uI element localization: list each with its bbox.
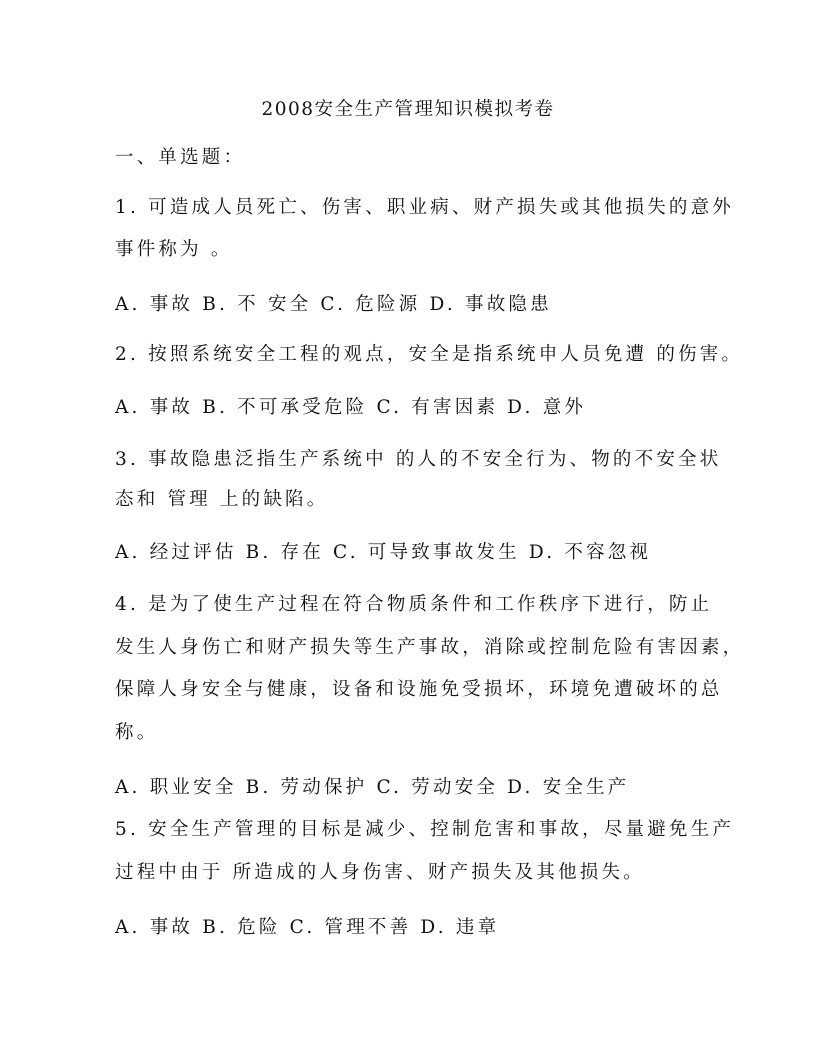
question-4-line-2: 发生人身伤亡和财产损失等生产事故，消除或控制危险有害因素， <box>115 636 744 660</box>
question-4-line-3: 保障人身安全与健康，设备和设施免受损坏，环境免遭破坏的总 <box>115 678 723 702</box>
question-2-line-1: 2. 按照系统安全工程的观点，安全是指系统申人员免遭 的伤害。 <box>115 343 743 367</box>
question-4-line-4: 称。 <box>115 721 158 745</box>
question-1-line-2: 事件称为 。 <box>115 238 233 262</box>
question-4-line-1: 4. 是为了使生产过程在符合物质条件和工作秩序下进行，防止 <box>115 593 712 617</box>
question-3-line-2: 态和 管理 上的缺陷。 <box>115 488 328 512</box>
question-5-options: A. 事故 B. 危险 C. 管理不善 D. 违章 <box>115 916 499 940</box>
question-1-options: A. 事故 B. 不 安全 C. 危险源 D. 事故隐患 <box>115 293 552 317</box>
question-3-line-1: 3. 事故隐患泛指生产系统中 的人的不安全行为、物的不安全状 <box>115 448 721 472</box>
question-5-line-2: 过程中由于 所造成的人身伤害、财产损失及其他损失。 <box>115 861 645 885</box>
question-1-line-1: 1. 可造成人员死亡、伤害、职业病、财产损失或其他损失的意外 <box>115 196 734 220</box>
question-4-options: A. 职业安全 B. 劳动保护 C. 劳动安全 D. 安全生产 <box>115 776 630 800</box>
question-5-line-1: 5. 安全生产管理的目标是减少、控制危害和事故，尽量避免生产 <box>115 818 734 842</box>
section-heading: 一、单选题： <box>115 146 245 170</box>
question-2-options: A. 事故 B. 不可承受危险 C. 有害因素 D. 意外 <box>115 396 586 420</box>
document-title: 2008安全生产管理知识模拟考卷 <box>0 98 816 122</box>
question-3-options: A. 经过评估 B. 存在 C. 可导致事故发生 D. 不容忽视 <box>115 541 651 565</box>
